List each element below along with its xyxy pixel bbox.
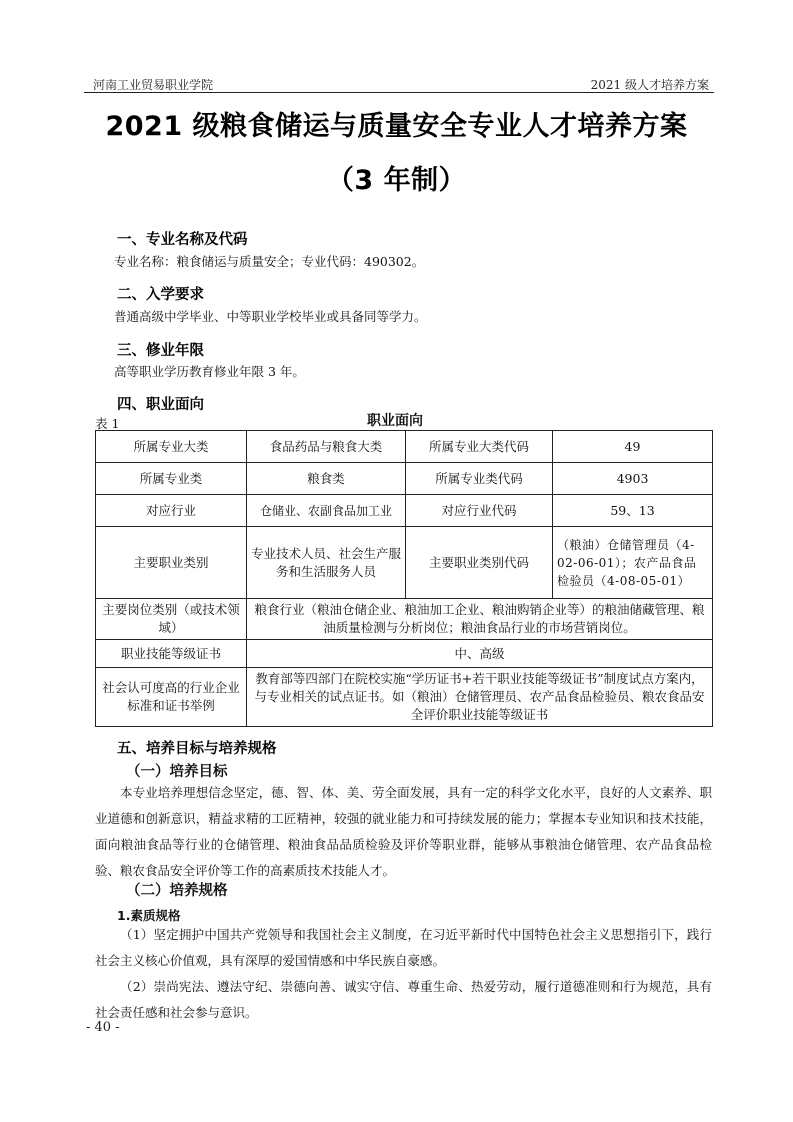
table-cell: 所属专业大类 bbox=[96, 431, 247, 463]
table-row: 所属专业大类 食品药品与粮食大类 所属专业大类代码 49 bbox=[96, 431, 713, 463]
table-cell: 主要岗位类别（或技术领域） bbox=[96, 599, 247, 640]
section-body-major-code: 专业名称：粮食储运与质量安全；专业代码：490302。 bbox=[114, 252, 424, 270]
table-cell: 专业技术人员、社会生产服务和生活服务人员 bbox=[247, 527, 406, 599]
table-row: 职业技能等级证书 中、高级 bbox=[96, 640, 713, 668]
table-cell: （粮油）仓储管理员（4-02-06-01）；农产品食品检验员（4-08-05-0… bbox=[553, 527, 713, 599]
section-body-duration: 高等职业学历教育修业年限 3 年。 bbox=[114, 362, 305, 380]
table-cell: 食品药品与粮食大类 bbox=[247, 431, 406, 463]
table-cell: 教育部等四部门在院校实施“学历证书+若干职业技能等级证书”制度试点方案内，与专业… bbox=[247, 668, 713, 727]
table-cell: 仓储业、农副食品加工业 bbox=[247, 495, 406, 527]
table-cell: 主要职业类别 bbox=[96, 527, 247, 599]
table-cell: 粮食行业（粮油仓储企业、粮油加工企业、粮油购销企业等）的粮油储藏管理、粮油质量检… bbox=[247, 599, 713, 640]
section-heading-training: 五、培养目标与培养规格 bbox=[117, 737, 277, 758]
table-row: 社会认可度高的行业企业标准和证书举例 教育部等四部门在院校实施“学历证书+若干职… bbox=[96, 668, 713, 727]
table-cell: 中、高级 bbox=[247, 640, 713, 668]
table-cell: 主要职业类别代码 bbox=[406, 527, 553, 599]
objective-paragraph: 本专业培养理想信念坚定，德、智、体、美、劳全面发展，具有一定的科学文化水平，良好… bbox=[95, 780, 712, 884]
header-institution: 河南工业贸易职业学院 bbox=[93, 76, 213, 93]
table-row: 主要岗位类别（或技术领域） 粮食行业（粮油仓储企业、粮油加工企业、粮油购销企业等… bbox=[96, 599, 713, 640]
table-row: 所属专业类 粮食类 所属专业类代码 4903 bbox=[96, 463, 713, 495]
section-heading-major-code: 一、专业名称及代码 bbox=[117, 228, 248, 249]
page-title: 2021 级粮食储运与质量安全专业人才培养方案 bbox=[0, 104, 793, 143]
subsection-heading-specification: （二）培养规格 bbox=[126, 879, 228, 900]
subsection-heading-objective: （一）培养目标 bbox=[126, 760, 228, 781]
table-cell: 社会认可度高的行业企业标准和证书举例 bbox=[96, 668, 247, 727]
career-table: 所属专业大类 食品药品与粮食大类 所属专业大类代码 49 所属专业类 粮食类 所… bbox=[95, 430, 713, 727]
table-cell: 4903 bbox=[553, 463, 713, 495]
table-cell: 对应行业代码 bbox=[406, 495, 553, 527]
quality-paragraph-1: （1）坚定拥护中国共产党领导和我国社会主义制度，在习近平新时代中国特色社会主义思… bbox=[95, 922, 712, 974]
table-cell: 49 bbox=[553, 431, 713, 463]
section-heading-admission: 二、入学要求 bbox=[117, 283, 204, 304]
document-page: 河南工业贸易职业学院 2021 级人才培养方案 2021 级粮食储运与质量安全专… bbox=[0, 0, 793, 1122]
table-cell: 职业技能等级证书 bbox=[96, 640, 247, 668]
header-doc-title: 2021 级人才培养方案 bbox=[591, 76, 709, 93]
table-row: 对应行业 仓储业、农副食品加工业 对应行业代码 59、13 bbox=[96, 495, 713, 527]
table-cell: 所属专业类代码 bbox=[406, 463, 553, 495]
quality-paragraph-2: （2）崇尚宪法、遵法守纪、崇德向善、诚实守信、尊重生命、热爱劳动，履行道德准则和… bbox=[95, 974, 712, 1026]
table-row: 主要职业类别 专业技术人员、社会生产服务和生活服务人员 主要职业类别代码 （粮油… bbox=[96, 527, 713, 599]
page-subtitle: （3 年制） bbox=[0, 158, 793, 197]
table-cell: 所属专业类 bbox=[96, 463, 247, 495]
table-title: 职业面向 bbox=[367, 410, 423, 430]
table-cell: 所属专业大类代码 bbox=[406, 431, 553, 463]
table-cell: 对应行业 bbox=[96, 495, 247, 527]
page-number: - 40 - bbox=[86, 1020, 120, 1035]
header-divider bbox=[84, 92, 714, 93]
table-cell: 粮食类 bbox=[247, 463, 406, 495]
section-body-admission: 普通高级中学毕业、中等职业学校毕业或具备同等学力。 bbox=[114, 307, 427, 325]
table-cell: 59、13 bbox=[553, 495, 713, 527]
section-heading-duration: 三、修业年限 bbox=[117, 339, 204, 360]
section-heading-career: 四、职业面向 bbox=[117, 393, 204, 414]
